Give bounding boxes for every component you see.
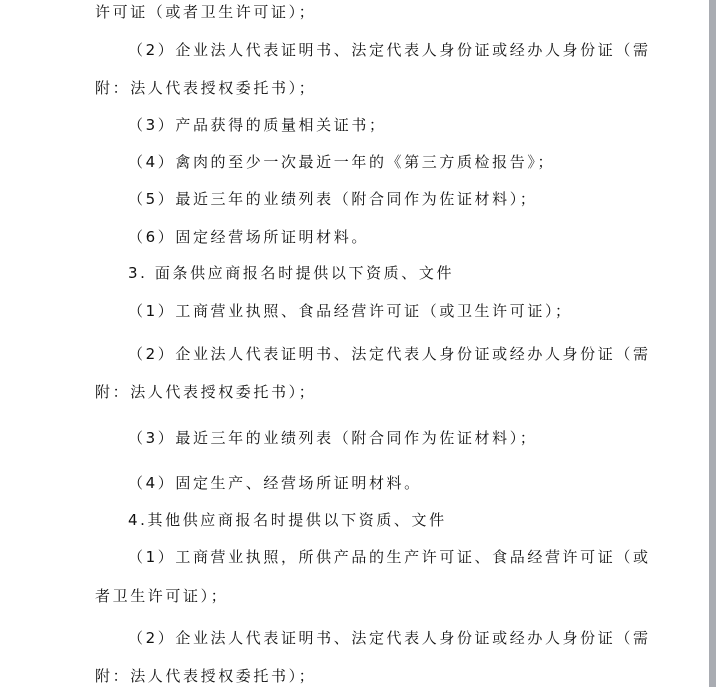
document-page: 许可证（或者卫生许可证）； （2）企业法人代表证明书、法定代表人身份证或经办人身… xyxy=(0,0,709,687)
text-line: （2）企业法人代表证明书、法定代表人身份证或经办人身份证（需 xyxy=(128,345,651,363)
text-line: 附：法人代表授权委托书）； xyxy=(95,667,316,685)
page-edge-divider xyxy=(709,0,716,687)
text-line: （4）禽肉的至少一次最近一年的《第三方质检报告》； xyxy=(128,153,555,171)
text-line: （5）最近三年的业绩列表（附合同作为佐证材料）； xyxy=(128,190,537,208)
text-line: （3）产品获得的质量相关证书； xyxy=(128,116,387,134)
text-line: （2）企业法人代表证明书、法定代表人身份证或经办人身份证（需 xyxy=(128,41,651,59)
text-line: （4）固定生产、经营场所证明材料。 xyxy=(128,474,422,492)
text-line: （3）最近三年的业绩列表（附合同作为佐证材料）； xyxy=(128,429,537,447)
text-line: 附：法人代表授权委托书）； xyxy=(95,79,316,97)
text-line: 者卫生许可证）； xyxy=(95,587,228,605)
text-line: （1）工商营业执照、食品经营许可证（或卫生许可证）； xyxy=(128,302,573,320)
text-line: （2）企业法人代表证明书、法定代表人身份证或经办人身份证（需 xyxy=(128,629,651,647)
section-heading: 3. 面条供应商报名时提供以下资质、文件 xyxy=(128,264,454,282)
section-heading: 4.其他供应商报名时提供以下资质、文件 xyxy=(128,511,447,529)
text-line: 附：法人代表授权委托书）； xyxy=(95,383,316,401)
text-line: 许可证（或者卫生许可证）； xyxy=(95,3,316,21)
text-line: （6）固定经营场所证明材料。 xyxy=(128,228,369,246)
text-line: （1）工商营业执照，所供产品的生产许可证、食品经营许可证（或 xyxy=(128,548,651,566)
